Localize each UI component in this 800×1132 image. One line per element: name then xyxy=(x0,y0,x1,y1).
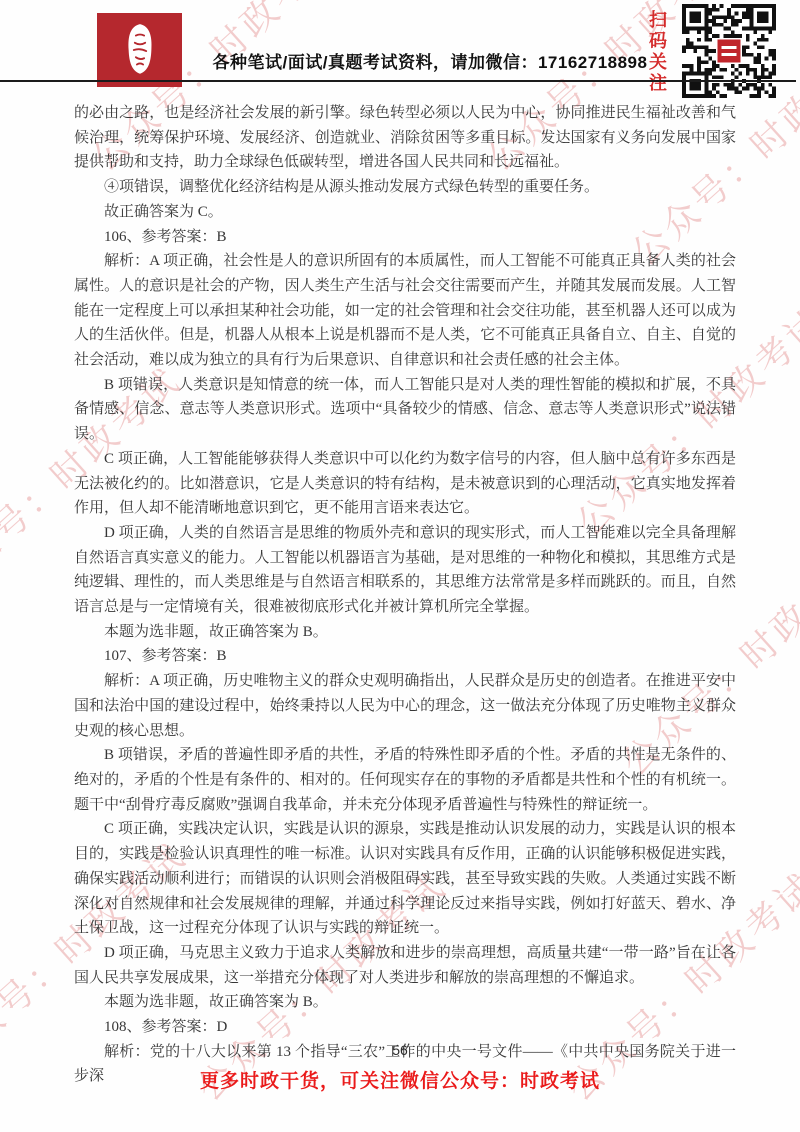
body-paragraph: 本题为选非题，故正确答案为 B。 xyxy=(74,990,736,1015)
body-paragraph: D 项正确，马克思主义致力于追求人类解放和进步的崇高理想，高质量共建“一带一路”… xyxy=(74,941,736,990)
header-divider xyxy=(0,80,796,82)
body-paragraph: C 项正确，人工智能能够获得人类意识中可以化约为数字信号的内容，但人脑中总有许多… xyxy=(74,447,736,521)
qr-code xyxy=(682,4,776,98)
brand-logo xyxy=(97,13,182,87)
document-page: 公众号：时政考试 公众号：时政考试 公众号：时政考试 公众号：时政考试 公众号：… xyxy=(0,0,800,1132)
body-paragraph: 107、参考答案：B xyxy=(74,644,736,669)
body-paragraph: D 项正确，人类的自然语言是思维的物质外壳和意识的现实形式，而人工智能难以完全具… xyxy=(74,521,736,620)
body-paragraph: C 项正确，实践决定认识，实践是认识的源泉，实践是推动认识发展的动力，实践是认识… xyxy=(74,817,736,941)
seal-stone-icon xyxy=(109,19,171,81)
header-contact-line: 各种笔试/面试/真题考试资料，请加微信：17162718898 xyxy=(190,48,670,73)
body-paragraph: ④项错误，调整优化经济结构是从源头推动发展方式绿色转型的重要任务。 xyxy=(74,175,736,200)
answer-explanations: 的必由之路，也是经济社会发展的新引擎。绿色转型必须以人民为中心，协同推进民生福祉… xyxy=(74,101,736,1089)
body-paragraph: 故正确答案为 C。 xyxy=(74,200,736,225)
page-number: 56 xyxy=(0,1042,800,1058)
body-paragraph: 的必由之路，也是经济社会发展的新引擎。绿色转型必须以人民为中心，协同推进民生福祉… xyxy=(74,101,736,175)
body-paragraph: B 项错误，人类意识是知情意的统一体，而人工智能只是对人类的理性智能的模拟和扩展… xyxy=(74,373,736,447)
body-paragraph: 解析：A 项正确，社会性是人的意识所固有的本质属性，而人工智能不可能真正具备人类… xyxy=(74,249,736,373)
body-paragraph: 解析：A 项正确，历史唯物主义的群众史观明确指出，人民群众是历史的创造者。在推进… xyxy=(74,669,736,743)
footer-promo: 更多时政干货，可关注微信公众号：时政考试 xyxy=(0,1066,800,1093)
body-paragraph: B 项错误，矛盾的普遍性即矛盾的共性，矛盾的特殊性即矛盾的个性。矛盾的共性是无条… xyxy=(74,743,736,817)
body-paragraph: 本题为选非题，故正确答案为 B。 xyxy=(74,620,736,645)
body-paragraph: 108、参考答案：D xyxy=(74,1015,736,1040)
page-header: 各种笔试/面试/真题考试资料，请加微信：17162718898 扫码关注 xyxy=(0,0,800,82)
body-paragraph: 106、参考答案：B xyxy=(74,225,736,250)
